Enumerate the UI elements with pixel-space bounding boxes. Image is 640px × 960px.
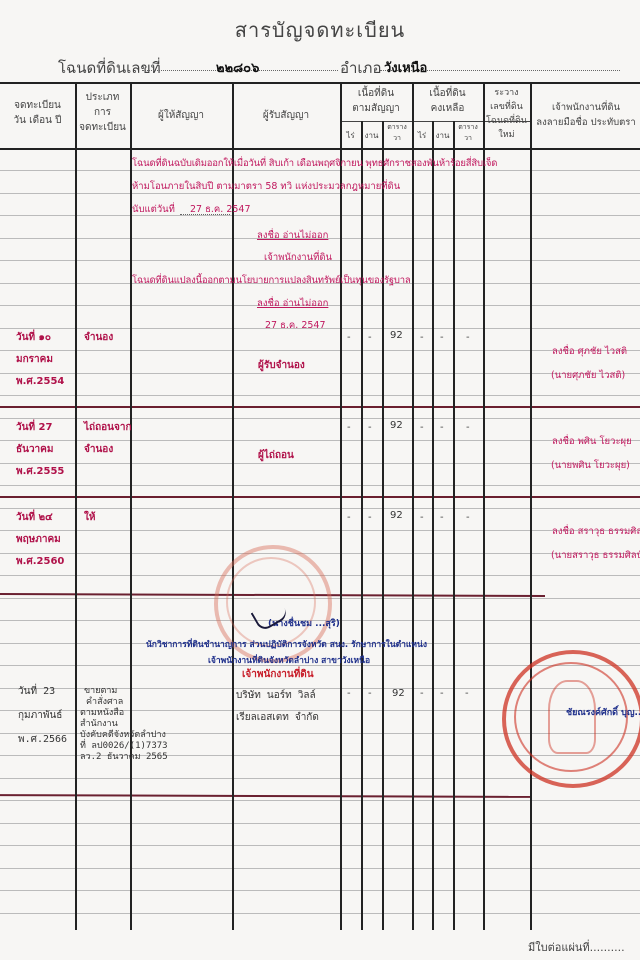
header-reg-date: จดทะเบียนวัน เดือน ปี: [0, 98, 75, 128]
ruled-line: [0, 913, 640, 914]
entry4-grantee-line1: บริษัท นอร์ท วิลล์: [236, 688, 316, 703]
entry-date-day: วันที่ ๑๐: [16, 330, 51, 345]
entry4-remaining-rai: -: [420, 688, 424, 699]
entry-remaining-rai: -: [420, 422, 424, 433]
officer-name: (นายสราวุธ ธรรมศิลป์): [551, 548, 640, 563]
cert-line2: เจ้าพนักงานที่ดินจังหวัดลำปาง สาขาวังเหน…: [208, 653, 370, 667]
entry4-area-sqwa: 92: [392, 688, 405, 699]
col-divider: [453, 121, 455, 930]
table-top-rule: [0, 82, 640, 84]
entry-date-month: มกราคม: [16, 352, 53, 367]
entry-area-ngan: -: [368, 332, 372, 343]
entry-area-ngan: -: [368, 422, 372, 433]
officer-signature: ลงชื่อ พศิน โยวะผุย: [552, 434, 632, 449]
entry-remaining-ngan: -: [440, 332, 444, 343]
district-label: อำเภอ: [340, 56, 381, 80]
entry-area-rai: -: [347, 332, 351, 343]
preamble-line1: โฉนดที่ดินฉบับเดิมออกให้เมื่อวันที่ สิบเ…: [132, 156, 497, 171]
header-ngan: งาน: [361, 128, 382, 143]
ruled-line: [0, 395, 640, 396]
entry-separator: [0, 794, 530, 798]
header-bottom-rule: [0, 148, 640, 150]
entry-remaining-ngan: -: [440, 512, 444, 523]
entry4-date-day: วันที่ 23: [18, 684, 55, 699]
officer-signature: ลงชื่อ ศุภชัย ไวสติ: [552, 344, 627, 359]
entry-separator: [0, 496, 640, 498]
entry-date-year: พ.ศ.2555: [16, 464, 64, 479]
deed-number-label: โฉนดที่ดินเลขที่: [58, 56, 161, 80]
officer-name: (นายพศิน โยวะผุย): [551, 458, 630, 473]
ruled-line: [0, 868, 640, 869]
preamble-line3-date: 27 ธ.ค. 2547: [190, 202, 251, 217]
ruled-line: [0, 373, 640, 374]
preamble-sign2: ลงชื่อ อ่านไม่ออก: [257, 296, 328, 311]
header-grantee: ผู้รับสัญญา: [232, 108, 340, 123]
header-new-deed: ระวางเลขที่ดินโฉนดที่ดินใหม่: [483, 86, 530, 142]
ruled-line: [0, 800, 640, 801]
ruled-line: [0, 890, 640, 891]
page-title: สารบัญจดทะเบียน: [0, 14, 640, 46]
entry-area-rai: -: [347, 512, 351, 523]
entry-grantee: ผู้ไถ่ถอน: [258, 448, 294, 463]
entry-area-sqwa: 92: [390, 510, 403, 521]
officer-signature: ลงชื่อ สราวุธ ธรรมศิลป์: [552, 524, 640, 539]
ruled-line: [0, 845, 640, 846]
entry-remaining-sqwa: -: [466, 512, 470, 523]
entry-remaining-ngan: -: [440, 422, 444, 433]
entry4-area-ngan: -: [368, 688, 372, 699]
entry-remaining-sqwa: -: [466, 422, 470, 433]
entry-area-sqwa: 92: [390, 330, 403, 341]
entry-date-day: วันที่ 27: [16, 420, 52, 435]
preamble-line3-label: นับแต่วันที่: [132, 202, 175, 217]
col-divider: [432, 121, 434, 930]
preamble-line2: ห้ามโอนภายในสิบปี ตามมาตรา 58 ทวิ แห่งปร…: [132, 179, 400, 194]
header-rai: ไร่: [412, 128, 432, 143]
preamble-date2: 27 ธ.ค. 2547: [265, 318, 326, 333]
preamble-sign1: ลงชื่อ อ่านไม่ออก: [257, 228, 328, 243]
col-divider: [340, 82, 342, 930]
entry-remaining-rai: -: [420, 332, 424, 343]
continuation-sheet-label: มีใบต่อแผ่นที่..........: [528, 938, 625, 956]
entry4-remaining-ngan: -: [440, 688, 444, 699]
deed-number-value: ๒๒๘๐๖: [216, 57, 259, 78]
ruled-line: [0, 440, 640, 441]
ruled-line: [0, 553, 640, 554]
entry-type: ให้: [84, 510, 95, 525]
ruled-line: [0, 418, 640, 419]
entry-area-sqwa: 92: [390, 420, 403, 431]
col-divider: [483, 82, 485, 930]
col-divider: [75, 82, 77, 930]
entry-date-month: ธันวาคม: [16, 442, 53, 457]
officer-stamp-name: ชัยณรงค์ศักดิ์ บุญ...: [566, 705, 640, 719]
entry4-area-rai: -: [347, 688, 351, 699]
entry-date-month: พฤษภาคม: [16, 532, 61, 547]
entry-area-ngan: -: [368, 512, 372, 523]
header-reg-type: ประเภทการจดทะเบียน: [75, 90, 130, 135]
entry-separator: [0, 406, 640, 408]
header-area-contract: เนื้อที่ดินตามสัญญา: [340, 86, 412, 116]
header-officer: เจ้าพนักงานที่ดินลงลายมือชื่อ ประทับตรา: [530, 100, 640, 130]
ruled-line: [0, 463, 640, 464]
col-divider: [361, 121, 363, 930]
entry-date-year: พ.ศ.2554: [16, 374, 64, 389]
header-grantor: ผู้ให้สัญญา: [130, 108, 232, 123]
entry-area-rai: -: [347, 422, 351, 433]
entry4-remaining-sqwa: -: [465, 688, 469, 699]
preamble-officer1: เจ้าพนักงานที่ดิน: [264, 250, 332, 265]
ruled-line: [0, 350, 640, 351]
ruled-line: [0, 485, 640, 486]
header-ngan: งาน: [432, 128, 453, 143]
ruled-line: [0, 508, 640, 509]
header-sqwa: ตารางวา: [453, 122, 483, 144]
entry-type: จำนอง: [84, 442, 113, 457]
entry-grantee: ผู้รับจำนอง: [258, 358, 305, 373]
entry-date-year: พ.ศ.2560: [16, 554, 64, 569]
entry-type: ไถ่ถอนจาก: [84, 420, 132, 435]
entry4-date-month: กุมภาพันธ์: [18, 708, 62, 723]
header-area-remaining: เนื้อที่ดินคงเหลือ: [412, 86, 483, 116]
district-value: วังเหนือ: [384, 57, 427, 78]
officer-name: (นายศุภชัย ไวสติ): [551, 368, 625, 383]
entry4-type: ขายตาม คำสั่งศาล ตามหนังสือ สำนักงาน บัง…: [80, 686, 168, 763]
header-sqwa: ตารางวา: [382, 122, 412, 144]
ruled-line: [0, 530, 640, 531]
ruled-line: [0, 215, 640, 216]
ruled-line: [0, 823, 640, 824]
header-rai: ไร่: [340, 128, 361, 143]
entry-remaining-rai: -: [420, 512, 424, 523]
entry4-date-year: พ.ศ.2566: [18, 732, 67, 747]
col-divider: [530, 82, 532, 930]
cert-line3: เจ้าพนักงานที่ดิน: [242, 667, 314, 682]
col-divider: [412, 82, 414, 930]
preamble-line4: โฉนดที่ดินแปลงนี้ออกตามนโยบายการแปลงสินท…: [132, 273, 410, 288]
entry-date-day: วันที่ ๒๔: [16, 510, 53, 525]
cert-line1: นักวิชาการที่ดินชำนาญการ ส่วนปฏิบัติการจ…: [146, 637, 427, 651]
entry-type: จำนอง: [84, 330, 113, 345]
col-divider: [382, 121, 384, 930]
entry-remaining-sqwa: -: [466, 332, 470, 343]
entry4-grantee-line2: เรียลเอสเตท จำกัด: [236, 710, 319, 725]
